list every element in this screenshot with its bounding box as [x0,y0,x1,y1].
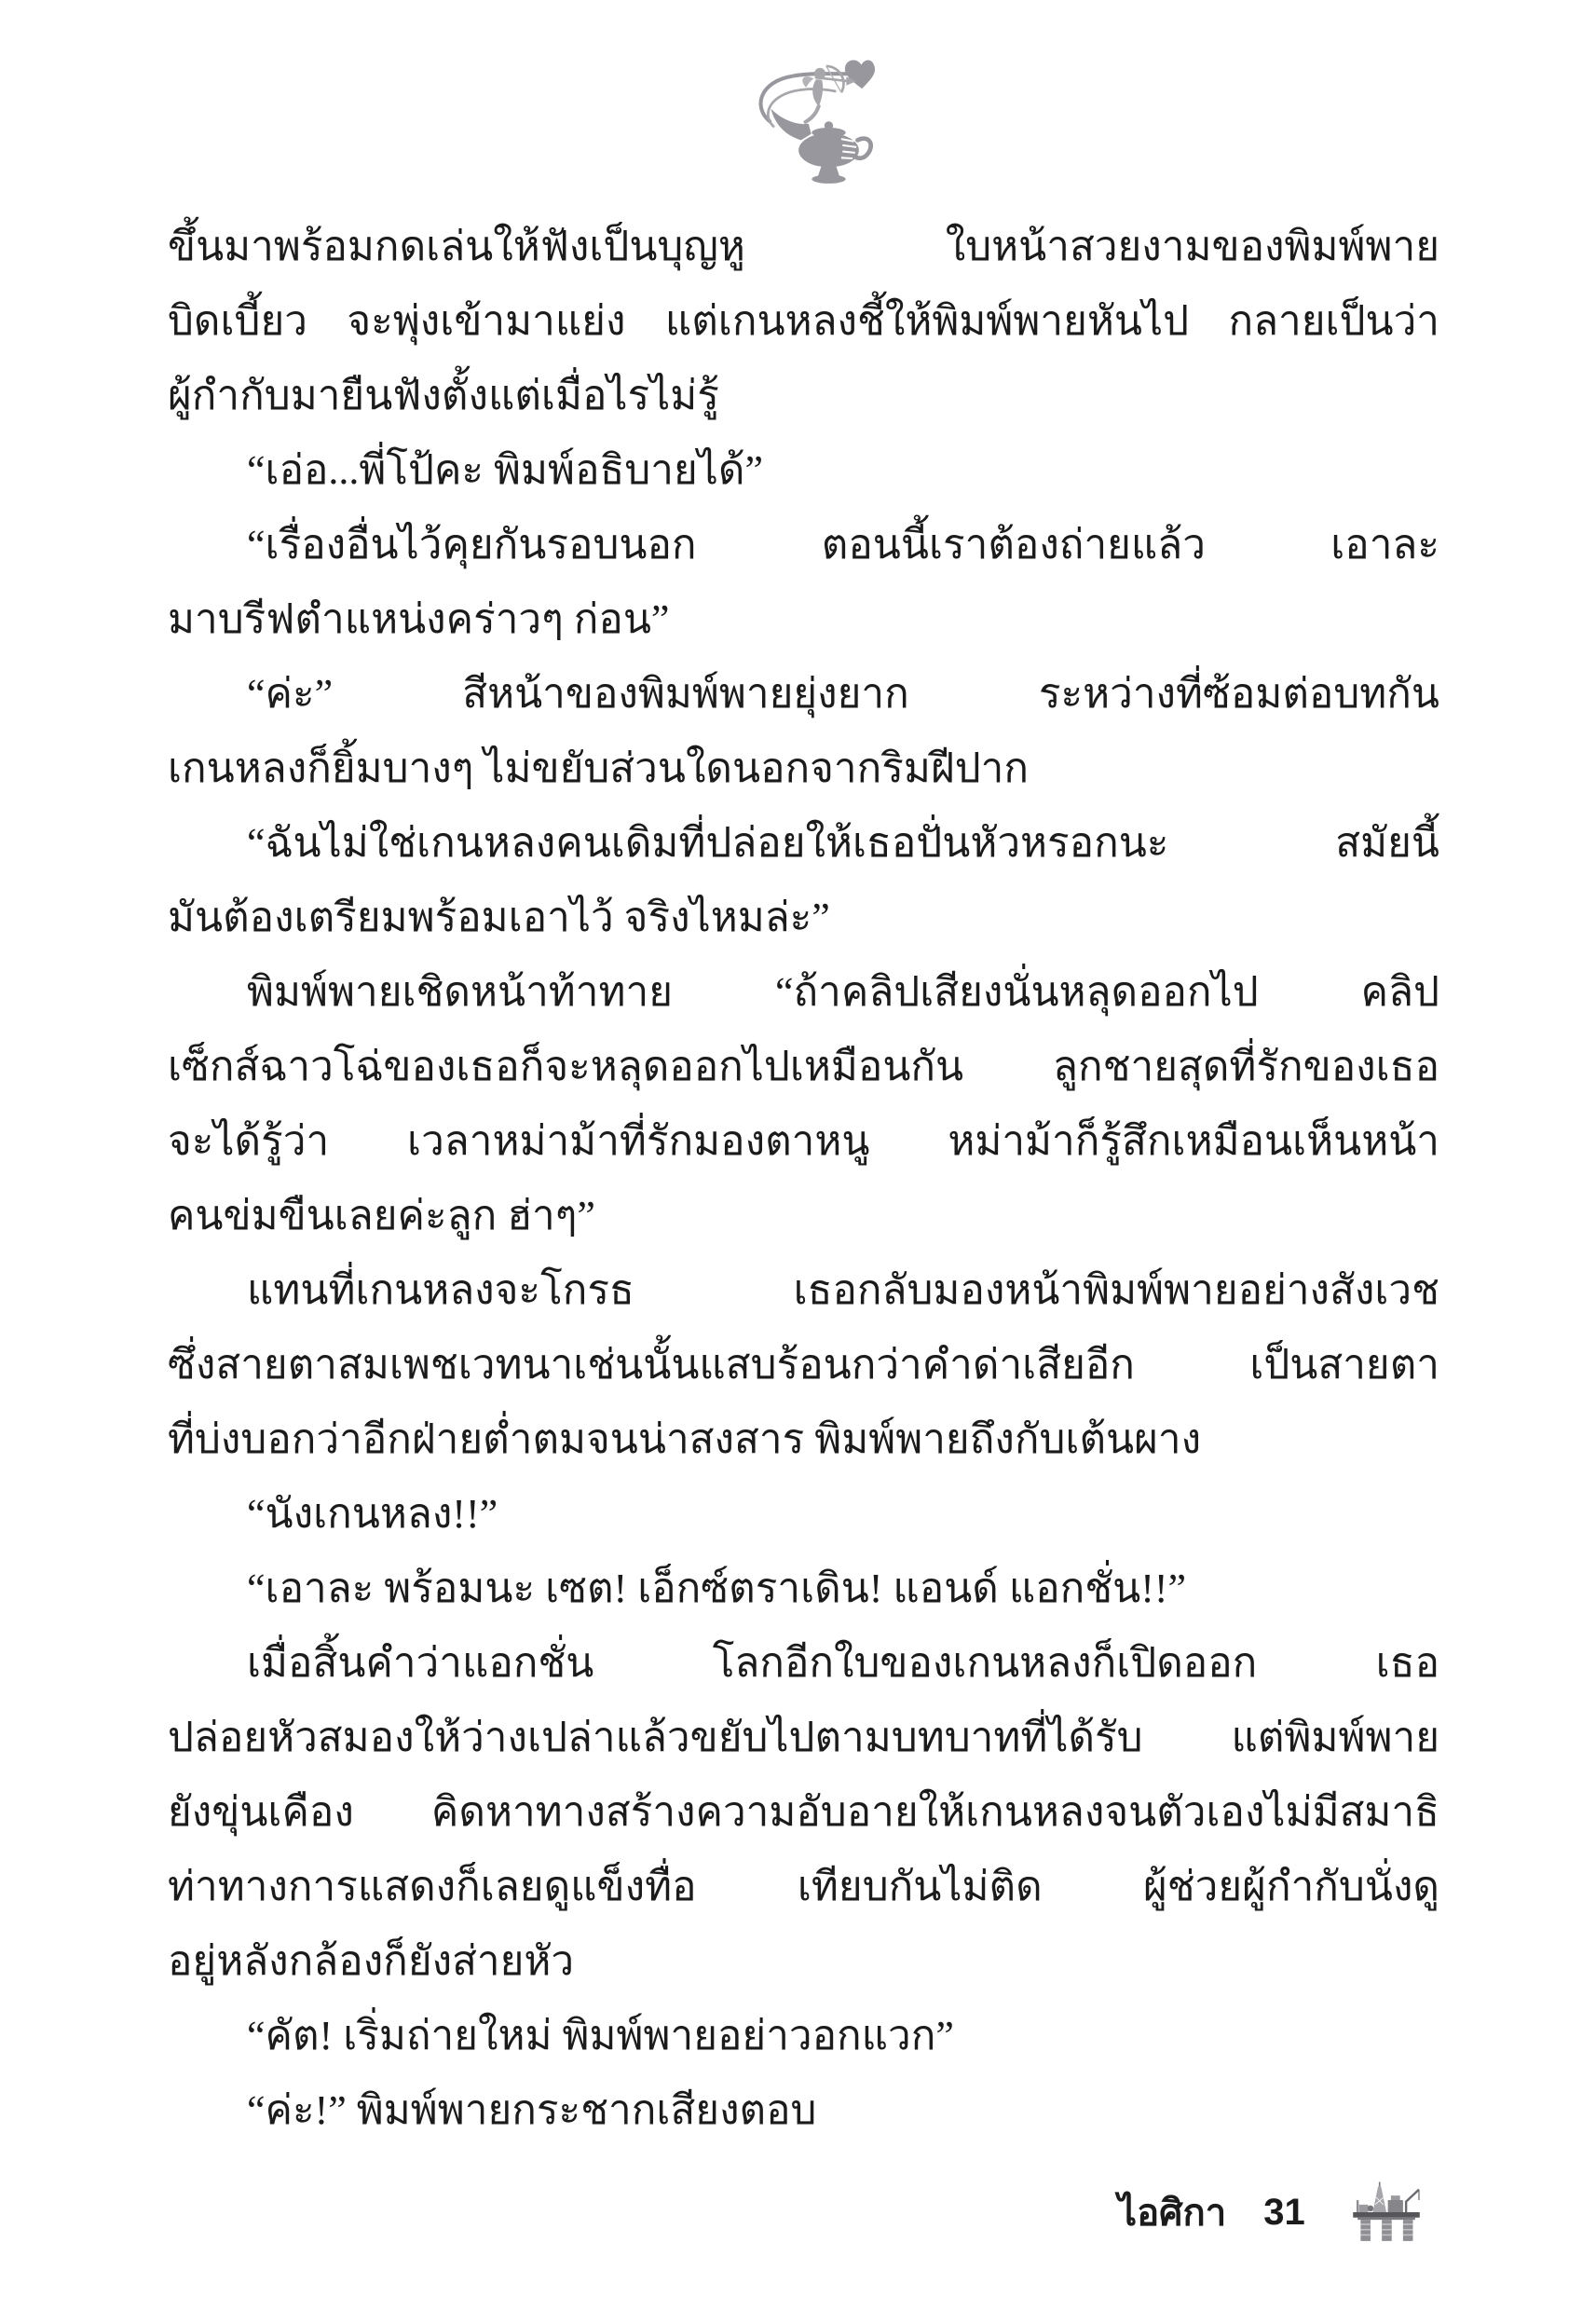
page-text: ขึ้นมาพร้อมกดเล่นให้ฟังเป็นบุญหู ใบหน้าส… [168,210,1439,2148]
text-line: ท่าทางการแสดงก็เลยดูแข็งทื่อ เทียบกันไม่… [168,1850,1439,1924]
text-line: ยังขุ่นเคือง คิดหาทางสร้างความอับอายให้เ… [168,1775,1439,1850]
text-line: เกนหลงก็ยิ้มบางๆ ไม่ขยับส่วนใดนอกจากริมฝ… [168,732,1439,806]
text-line: “ค่ะ” สีหน้าของพิมพ์พายยุ่งยาก ระหว่างที… [168,657,1439,732]
text-line: “นังเกนหลง!!” [168,1477,1439,1552]
text-line: ปล่อยหัวสมองให้ว่างเปล่าแล้วขยับไปตามบทบ… [168,1701,1439,1775]
text-line: “คัต! เริ่มถ่ายใหม่ พิมพ์พายอย่าวอกแวก” [168,1999,1439,2073]
text-line: บิดเบี้ยว จะพุ่งเข้ามาแย่ง แต่เกนหลงชี้ใ… [168,284,1439,359]
text-line: “เอาละ พร้อมนะ เซต! เอ็กซ์ตราเดิน! แอนด์… [168,1552,1439,1626]
text-line: อยู่หลังกล้องก็ยังส่ายหัว [168,1924,1439,1999]
text-line: “ฉันไม่ใช่เกนหลงคนเดิมที่ปล่อยให้เธอปั่น… [168,806,1439,881]
book-title: ไอศิกา [1118,2182,1226,2242]
text-line: แทนที่เกนหลงจะโกรธ เธอกลับมองหน้าพิมพ์พา… [168,1253,1439,1328]
text-line: “เรื่องอื่นไว้คุยกันรอบนอก ตอนนี้เราต้อง… [168,508,1439,582]
text-line: “ค่ะ!” พิมพ์พายกระชากเสียงตอบ [168,2073,1439,2148]
cupid-genie-lamp-ornament-icon [723,45,909,189]
text-line: มันต้องเตรียมพร้อมเอาไว้ จริงไหมล่ะ” [168,881,1439,955]
text-line: จะได้รู้ว่า เวลาหม่าม้าที่รักมองตาหนู หม… [168,1104,1439,1179]
text-line: คนข่มขืนเลยค่ะลูก ฮ่าๆ” [168,1179,1439,1253]
text-line: ขึ้นมาพร้อมกดเล่นให้ฟังเป็นบุญหู ใบหน้าส… [168,210,1439,284]
text-line: ผู้กำกับมายืนฟังตั้งแต่เมื่อไรไม่รู้ [168,359,1439,433]
text-line: “เอ่อ...พี่โป้คะ พิมพ์อธิบายได้” [168,433,1439,508]
book-page: ขึ้นมาพร้อมกดเล่นให้ฟังเป็นบุญหู ใบหน้าส… [0,0,1596,2311]
text-line: เมื่อสิ้นคำว่าแอกชั่น โลกอีกใบของเกนหลงก… [168,1626,1439,1701]
page-number: 31 [1263,2192,1305,2234]
text-line: พิมพ์พายเชิดหน้าท้าทาย “ถ้าคลิปเสียงนั่น… [168,955,1439,1030]
text-line: ซึ่งสายตาสมเพชเวทนาเช่นนั้นแสบร้อนกว่าคำ… [168,1328,1439,1402]
text-line: เซ็กส์ฉาวโฉ่ของเธอก็จะหลุดออกไปเหมือนกัน… [168,1030,1439,1104]
text-line: ที่บ่งบอกว่าอีกฝ่ายต่ำตมจนน่าสงสาร พิมพ์… [168,1402,1439,1477]
oil-rig-icon [1350,2181,1425,2244]
text-line: มาบรีฟตำแหน่งคร่าวๆ ก่อน” [168,582,1439,657]
page-footer: ไอศิกา 31 [1118,2181,1425,2244]
